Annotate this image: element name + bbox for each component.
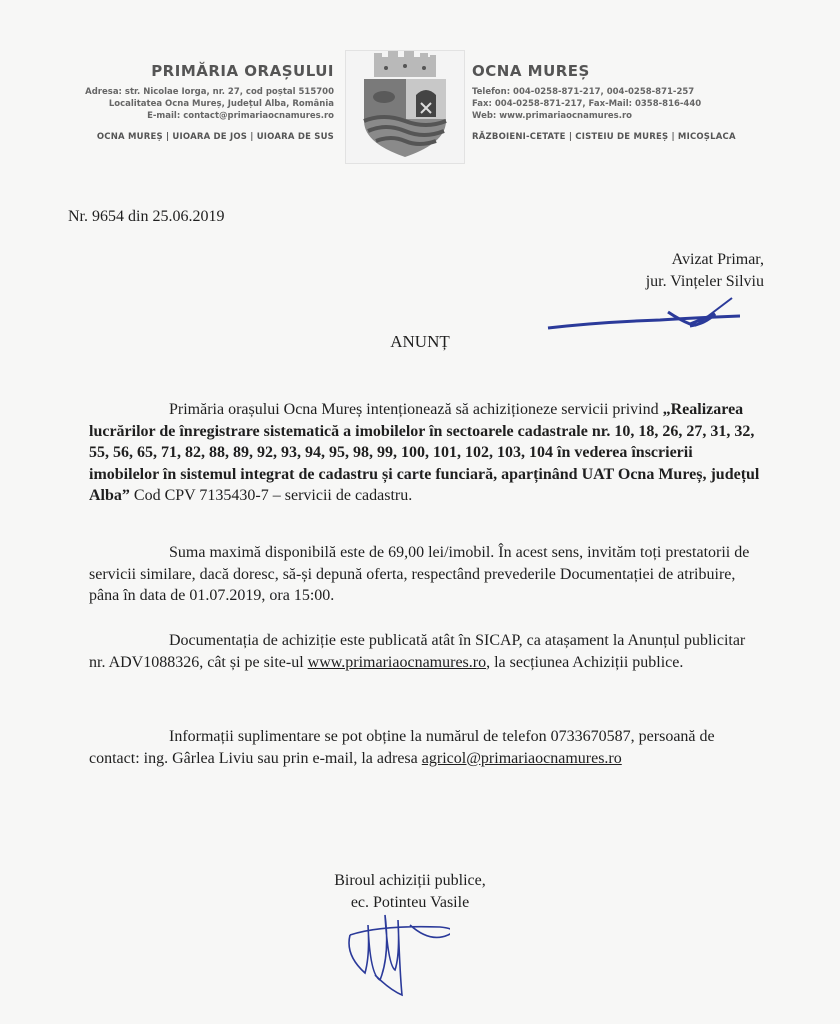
paragraph-4: Informații suplimentare se pot obține la… bbox=[89, 726, 765, 769]
website-link[interactable]: www.primariaocnamures.ro bbox=[308, 654, 486, 671]
paragraph-1-intro: Primăria orașului Ocna Mureș intenționea… bbox=[169, 401, 663, 418]
letterhead-fax: Fax: 004-0258-871-217, Fax-Mail: 0358-81… bbox=[472, 98, 736, 110]
letterhead-address-line1: Adresa: str. Nicolae Iorga, nr. 27, cod … bbox=[85, 86, 334, 98]
letterhead-title-left: PRIMĂRIA ORAȘULUI bbox=[85, 62, 334, 80]
letterhead-address-line2: Localitatea Ocna Mureș, Județul Alba, Ro… bbox=[85, 98, 334, 110]
approval-name: jur. Vințeler Silviu bbox=[646, 271, 764, 293]
letterhead-email: E-mail: contact@primariaocnamures.ro bbox=[85, 110, 334, 122]
paragraph-1: Primăria orașului Ocna Mureș intenționea… bbox=[89, 399, 765, 507]
letterhead-phone: Telefon: 004-0258-871-217, 004-0258-871-… bbox=[472, 86, 736, 98]
document-title: ANUNȚ bbox=[0, 332, 840, 352]
email-link[interactable]: agricol@primariaocnamures.ro bbox=[422, 750, 622, 767]
letterhead-right: OCNA MUREȘ Telefon: 004-0258-871-217, 00… bbox=[472, 62, 736, 142]
paragraph-2: Suma maximă disponibilă este de 69,00 le… bbox=[89, 542, 765, 607]
paragraph-2-text: Suma maximă disponibilă este de 69,00 le… bbox=[89, 544, 749, 604]
letterhead-title-right: OCNA MUREȘ bbox=[472, 62, 736, 80]
approval-title: Avizat Primar, bbox=[646, 249, 764, 271]
registration-number: Nr. 9654 din 25.06.2019 bbox=[68, 206, 224, 228]
letterhead-places-right: RĂZBOIENI-CETATE | CISTEIU DE MUREȘ | MI… bbox=[472, 132, 736, 142]
paragraph-1-tail: Cod CPV 7135430-7 – servicii de cadastru… bbox=[130, 487, 412, 504]
signoff-department: Biroul achiziții publice, bbox=[280, 870, 540, 892]
paragraph-3-text-b: , la secțiunea Achiziții publice. bbox=[486, 654, 683, 671]
letterhead-web: Web: www.primariaocnamures.ro bbox=[472, 110, 736, 122]
approval-block: Avizat Primar, jur. Vințeler Silviu bbox=[646, 249, 764, 292]
coat-of-arms-icon bbox=[345, 50, 465, 164]
official-signature-icon bbox=[340, 895, 450, 1005]
letterhead-left: PRIMĂRIA ORAȘULUI Adresa: str. Nicolae I… bbox=[85, 62, 334, 142]
paragraph-3: Documentația de achiziție este publicată… bbox=[89, 630, 765, 673]
letterhead-places-left: OCNA MUREȘ | UIOARA DE JOS | UIOARA DE S… bbox=[85, 132, 334, 142]
